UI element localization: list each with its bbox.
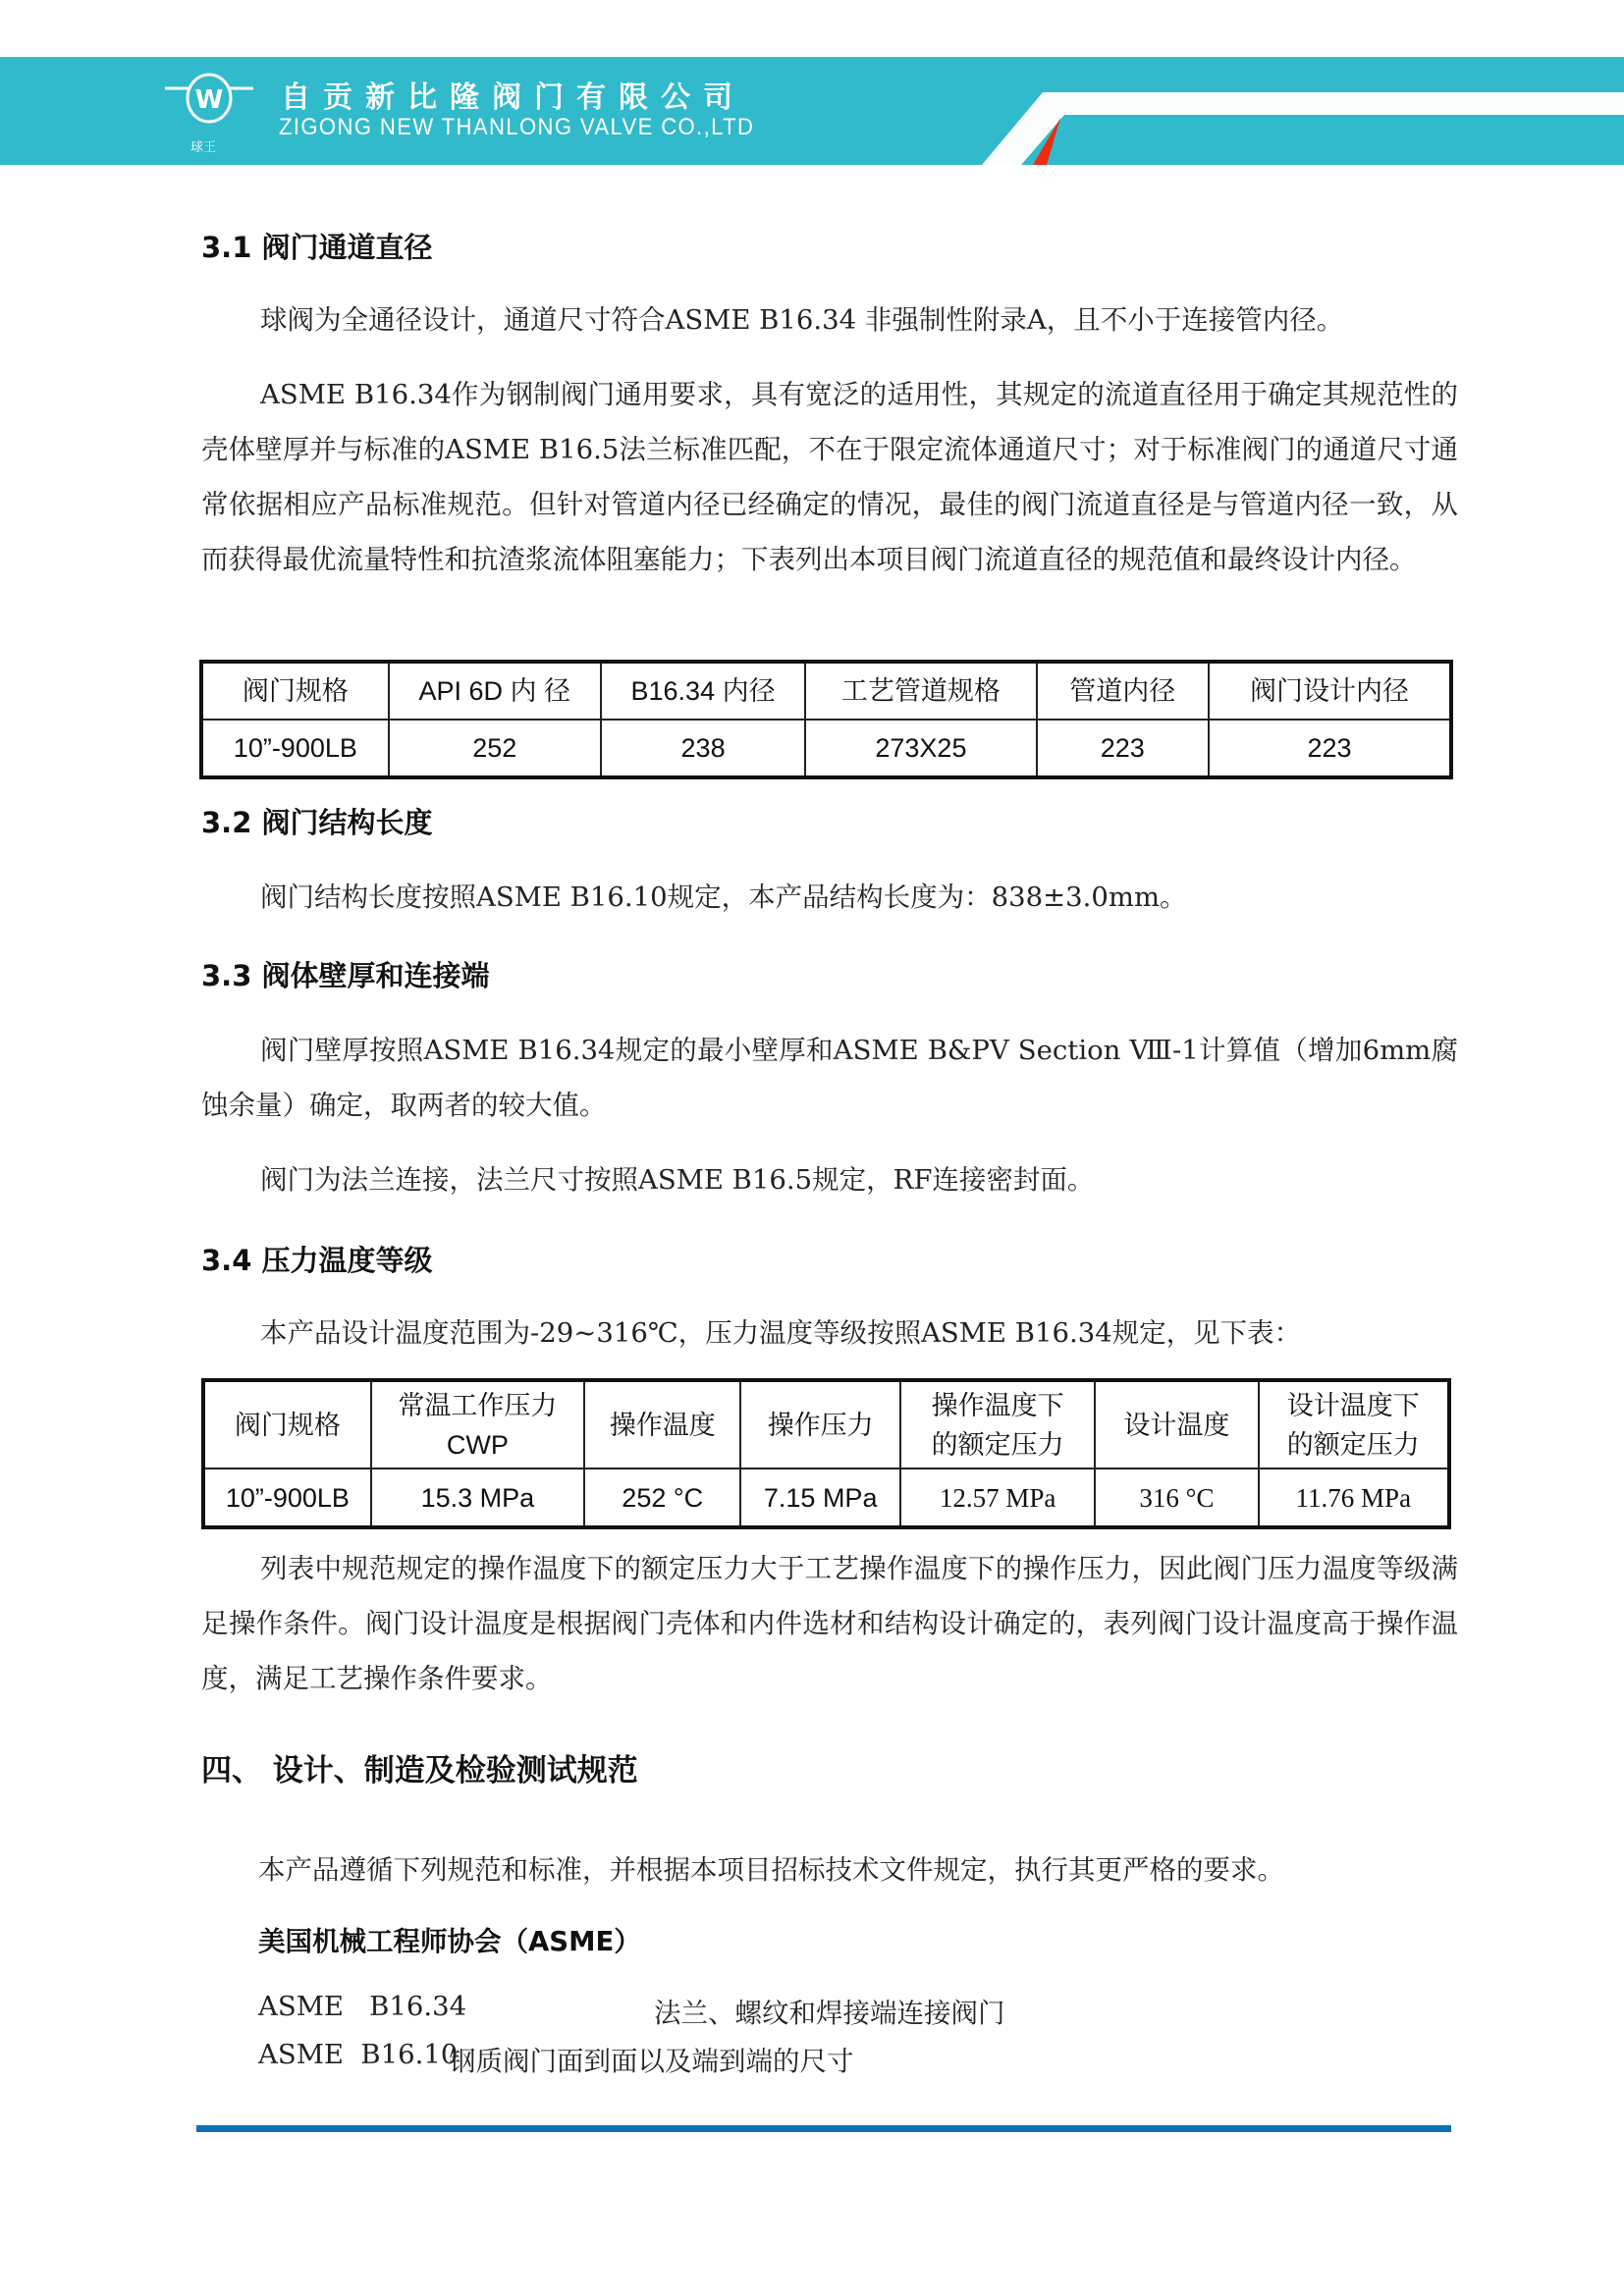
table-cell: 316 °C (1095, 1468, 1258, 1527)
standard-description: 钢质阀门面到面以及端到端的尺寸 (449, 2039, 854, 2078)
chapter-4-title: 四、 设计、制造及检验测试规范 (201, 1745, 638, 1789)
table-cell: 12.57 MPa (900, 1468, 1095, 1527)
section-3-4-title: 3.4 压力温度等级 (201, 1239, 432, 1279)
table-cell: 252 °C (584, 1468, 740, 1527)
header-text: 操作压力 (768, 1411, 874, 1440)
header-text: CWP (447, 1430, 509, 1460)
standard-code: ASME B16.10 (258, 2039, 458, 2070)
table-cell: 223 (1037, 720, 1209, 777)
header-text: 设计温度 (1123, 1411, 1229, 1440)
chapter-4-paragraph-1: 本产品遵循下列规范和标准，并根据本项目招标技术文件规定，执行其更严格的要求。 (258, 1847, 1284, 1887)
table-header-cell: 常温工作压力CWP (371, 1380, 584, 1468)
table-header-row: 阀门规格 常温工作压力CWP 操作温度 操作压力 操作温度下的额定压力 设计温度… (203, 1380, 1449, 1468)
svg-text:W: W (195, 85, 224, 115)
section-3-3-paragraph-1: 阀门壁厚按照ASME B16.34规定的最小壁厚和ASME B&PV Secti… (201, 1023, 1458, 1133)
standard-description: 法兰、螺纹和焊接端连接阀门 (654, 1991, 1005, 2030)
table-cell: 238 (601, 720, 805, 777)
header-text: 的额定压力 (1287, 1430, 1420, 1460)
table-cell: 10”-900LB (201, 720, 389, 777)
company-name-en: ZIGONG NEW THANLONG VALVE CO.,LTD (279, 114, 754, 141)
header-text: 操作温度下 (932, 1391, 1064, 1420)
svg-text:球王: 球王 (190, 139, 216, 155)
table-cell: 273X25 (805, 720, 1036, 777)
company-name-cn: 自贡新比隆阀门有限公司 (281, 73, 745, 116)
section-3-1-paragraph-2: ASME B16.34作为钢制阀门通用要求，具有宽泛的适用性，其规定的流道直径用… (201, 367, 1458, 587)
table-header-cell: 工艺管道规格 (805, 662, 1036, 720)
banner-stripe-decoration (982, 57, 1624, 165)
table-cell: 10”-900LB (203, 1468, 371, 1527)
table-cell: 7.15 MPa (740, 1468, 899, 1527)
pressure-temperature-table: 阀门规格 常温工作压力CWP 操作温度 操作压力 操作温度下的额定压力 设计温度… (201, 1378, 1451, 1529)
table-cell: 223 (1209, 720, 1451, 777)
section-3-1-paragraph-1: 球阀为全通径设计，通道尺寸符合ASME B16.34 非强制性附录A，且不小于连… (201, 293, 1458, 347)
section-3-2-paragraph-1: 阀门结构长度按照ASME B16.10规定，本产品结构长度为：838±3.0mm… (201, 870, 1458, 925)
header-text: 常温工作压力 (398, 1391, 557, 1420)
table-row: 10”-900LB 15.3 MPa 252 °C 7.15 MPa 12.57… (203, 1468, 1449, 1527)
table-header-cell: 操作压力 (740, 1380, 899, 1468)
section-3-4-paragraph-1: 本产品设计温度范围为-29~316℃，压力温度等级按照ASME B16.34规定… (201, 1306, 1458, 1361)
table-header-cell: 阀门设计内径 (1209, 662, 1451, 720)
section-3-2-title: 3.2 阀门结构长度 (201, 801, 432, 841)
table-header-cell: 设计温度 (1095, 1380, 1258, 1468)
table-header-cell: 阀门规格 (201, 662, 389, 720)
table-header-cell: 设计温度下的额定压力 (1259, 1380, 1449, 1468)
header-text: 阀门规格 (235, 1411, 341, 1440)
table-header-cell: 阀门规格 (203, 1380, 371, 1468)
table-header-cell: 操作温度 (584, 1380, 740, 1468)
table-cell: 11.76 MPa (1259, 1468, 1449, 1527)
table-cell: 15.3 MPa (371, 1468, 584, 1527)
header-text: 设计温度下 (1287, 1391, 1420, 1420)
header-banner: W 球王 自贡新比隆阀门有限公司 ZIGONG NEW THANLONG VAL… (0, 57, 1624, 165)
company-logo-icon: W 球王 (160, 67, 258, 160)
table-cell: 252 (389, 720, 601, 777)
footer-divider (196, 2125, 1451, 2132)
section-3-3-paragraph-2: 阀门为法兰连接，法兰尺寸按照ASME B16.5规定，RF连接密封面。 (201, 1152, 1458, 1207)
table-header-cell: 操作温度下的额定压力 (900, 1380, 1095, 1468)
section-3-3-title: 3.3 阀体壁厚和连接端 (201, 954, 489, 994)
standard-code: ASME B16.34 (258, 1991, 466, 2022)
header-text: 的额定压力 (932, 1430, 1064, 1460)
header-text: 操作温度 (610, 1411, 716, 1440)
section-3-1-title: 3.1 阀门通道直径 (201, 226, 432, 266)
section-3-4-paragraph-2: 列表中规范规定的操作温度下的额定压力大于工艺操作温度下的操作压力，因此阀门压力温… (201, 1541, 1458, 1706)
table-header-row: 阀门规格 API 6D 内 径 B16.34 内径 工艺管道规格 管道内径 阀门… (201, 662, 1451, 720)
table-row: 10”-900LB 252 238 273X25 223 223 (201, 720, 1451, 777)
table-header-cell: 管道内径 (1037, 662, 1209, 720)
table-header-cell: B16.34 内径 (601, 662, 805, 720)
asme-org-heading: 美国机械工程师协会（ASME） (258, 1919, 641, 1958)
flow-diameter-table: 阀门规格 API 6D 内 径 B16.34 内径 工艺管道规格 管道内径 阀门… (199, 660, 1453, 779)
table-header-cell: API 6D 内 径 (389, 662, 601, 720)
